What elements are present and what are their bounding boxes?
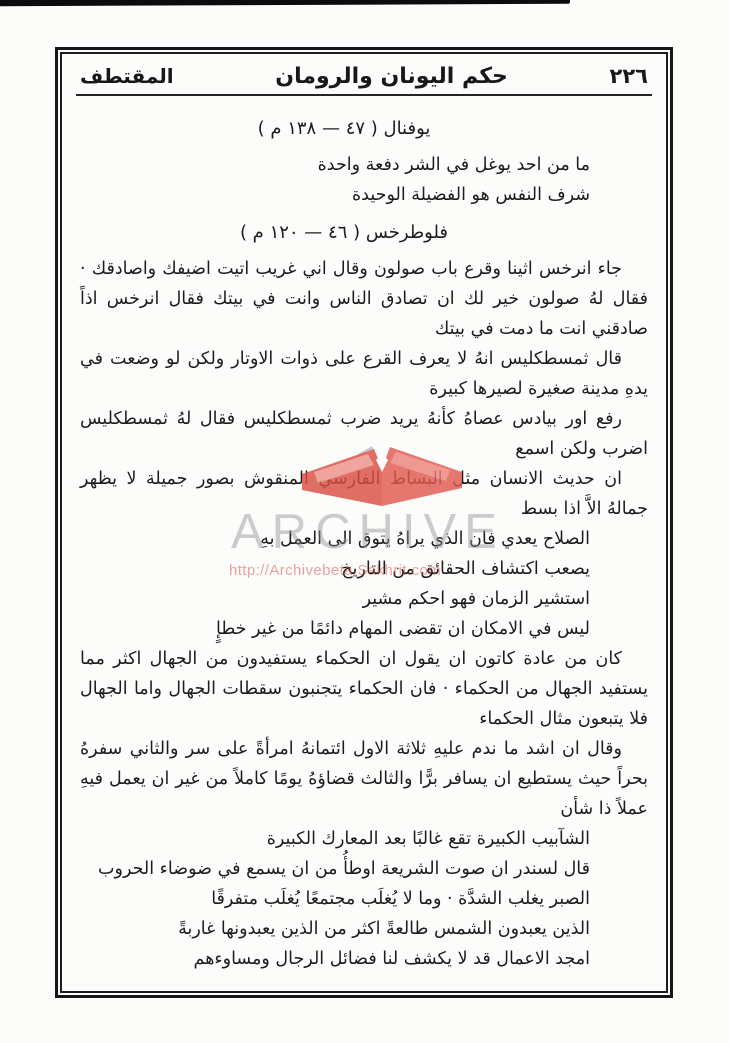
page-title: حكم اليونان والرومان	[275, 64, 508, 89]
scanned-book-page: ٢٢٦ حكم اليونان والرومان المقتطف يوفنال …	[0, 0, 729, 1043]
quote-paragraph: قال ثمسطكليس انهُ لا يعرف القرع على ذوات…	[80, 344, 648, 404]
quote-paragraph: جاء انرخس اثينا وقرع باب صولون وقال اني …	[80, 254, 648, 344]
quote-paragraph: كان من عادة كاتون ان يقول ان الحكماء يست…	[80, 644, 648, 734]
quote-line: امجد الاعمال قد لا يكشف لنا فضائل الرجال…	[80, 944, 648, 974]
quote-line: يصعب اكتشاف الحقائق من التاريخ	[80, 554, 648, 584]
quote-line: ليس في الامكان ان تقضى المهام دائمًا من …	[80, 614, 648, 644]
page-header: ٢٢٦ حكم اليونان والرومان المقتطف	[74, 60, 654, 89]
quote-paragraph: وقال ان اشد ما ندم عليهِ ثلاثة الاول ائت…	[80, 734, 648, 824]
page-body: يوفنال ( ٤٧ — ١٣٨ م ) ما من احد يوغل في …	[74, 96, 654, 974]
scan-edge-artifact	[0, 0, 570, 6]
quote-line: شرف النفس هو الفضيلة الوحيدة	[80, 180, 648, 210]
section-heading-juvenal: يوفنال ( ٤٧ — ١٣٨ م )	[80, 114, 608, 144]
page-number: ٢٢٦	[610, 64, 648, 88]
magazine-name: المقتطف	[80, 64, 174, 88]
page-content-area: ٢٢٦ حكم اليونان والرومان المقتطف يوفنال …	[60, 52, 668, 993]
quote-paragraph: ان حديث الانسان مثل البساط الفارسي المنق…	[80, 464, 648, 524]
quote-line: قال لسندر ان صوت الشريعة اوطأُ من ان يسم…	[80, 854, 648, 884]
quote-line: الصبر يغلب الشدَّة · وما لا يُغلَب مجتمع…	[80, 884, 648, 914]
quote-line: الذين يعبدون الشمس طالعةً اكثر من الذين …	[80, 914, 648, 944]
quote-line: استشير الزمان فهو احكم مشير	[80, 584, 648, 614]
quote-line: الشآبيب الكبيرة تقع غالبًا بعد المعارك ا…	[80, 824, 648, 854]
page-border-frame: ٢٢٦ حكم اليونان والرومان المقتطف يوفنال …	[55, 47, 673, 998]
quote-paragraph: رفع اور بيادس عصاهُ كأنهُ يريد ضرب ثمسطك…	[80, 404, 648, 464]
quote-line: ما من احد يوغل في الشر دفعة واحدة	[80, 150, 648, 180]
section-heading-plutarch: فلوطرخس ( ٤٦ — ١٢٠ م )	[80, 218, 608, 248]
quote-line: الصلاح يعدي فان الذي يراهُ يتوق الى العم…	[80, 524, 648, 554]
